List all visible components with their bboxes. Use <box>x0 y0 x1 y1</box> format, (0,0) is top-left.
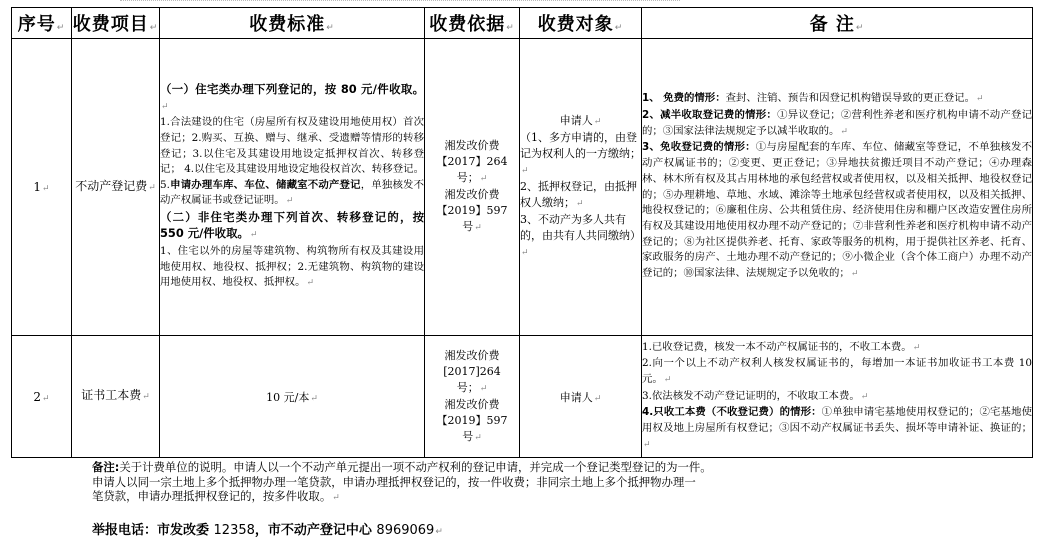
basis-cell: 湘发改价费 [2017]264 号；↵ 湘发改价费 【2019】597 号↵ <box>425 336 520 458</box>
serial-cell: 1↵ <box>12 39 72 336</box>
header-basis: 收费依据↵ <box>425 8 520 39</box>
basis-cell: 湘发改价费 【2017】264 号；↵ 湘发改价费 【2019】597 号↵ <box>425 39 520 336</box>
remarks-cell: 1.已收登记费，核发一本不动产权属证书的，不收工本费。↵ 2.向一个以上不动产权… <box>642 336 1033 458</box>
header-row: 序号↵ 收费项目↵ 收费标准↵ 收费依据↵ 收费对象↵ 备 注↵ <box>12 8 1033 39</box>
note-free: 1、 免费的情形：查封、注销、预告和因登记机构错误导致的更正登记。↵ <box>642 91 1032 108</box>
standard-cell: 10 元/本↵ <box>160 336 425 458</box>
header-item: 收费项目↵ <box>72 8 160 39</box>
header-serial: 序号↵ <box>12 8 72 39</box>
note-exempt: 3、免收登记费的情形：①与房屋配套的车库、车位、储藏室等登记，不单独核发不动产权… <box>642 140 1032 282</box>
table-row: 2↵ 证书工本费↵ 10 元/本↵ 湘发改价费 [2017]264 号；↵ 湘发… <box>12 336 1033 458</box>
note-half: 2、减半收取登记费的情形：①异议登记；②营利性养老和医疗机构申请不动产登记的；③… <box>642 108 1032 140</box>
table-row: 1↵ 不动产登记费↵ （一）住宅类办理下列登记的，按 80 元/件收取。↵ 1.… <box>12 39 1033 336</box>
fee-table: 序号↵ 收费项目↵ 收费标准↵ 收费依据↵ 收费对象↵ 备 注↵ 1↵ 不动产登… <box>11 7 1033 458</box>
serial-cell: 2↵ <box>12 336 72 458</box>
remark-label: 备注: <box>92 460 119 474</box>
target-cell: 申请人↵ <box>520 336 642 458</box>
item-cell: 不动产登记费↵ <box>72 39 160 336</box>
header-target: 收费对象↵ <box>520 8 642 39</box>
header-remarks: 备 注↵ <box>642 8 1033 39</box>
report-phone-line: 举报电话：市发改委 12358，市不动产登记中心 8969069↵ <box>92 519 443 538</box>
remarks-cell: 1、 免费的情形：查封、注销、预告和因登记机构错误导致的更正登记。↵ 2、减半收… <box>642 39 1033 336</box>
header-standard: 收费标准↵ <box>160 8 425 39</box>
cropped-title-residue <box>120 0 680 5</box>
target-cell: 申请人↵ （1、多方申请的，由登记为权利人的一方缴纳；↵ 2、抵押权登记，由抵押… <box>520 39 642 336</box>
item-cell: 证书工本费↵ <box>72 336 160 458</box>
standard-cell: （一）住宅类办理下列登记的，按 80 元/件收取。↵ 1.合法建设的住宅（房屋所… <box>160 39 425 336</box>
remark-note: 备注:关于计费单位的说明。申请人以一个不动产单元提出一项不动产权利的登记申请，并… <box>92 460 992 506</box>
